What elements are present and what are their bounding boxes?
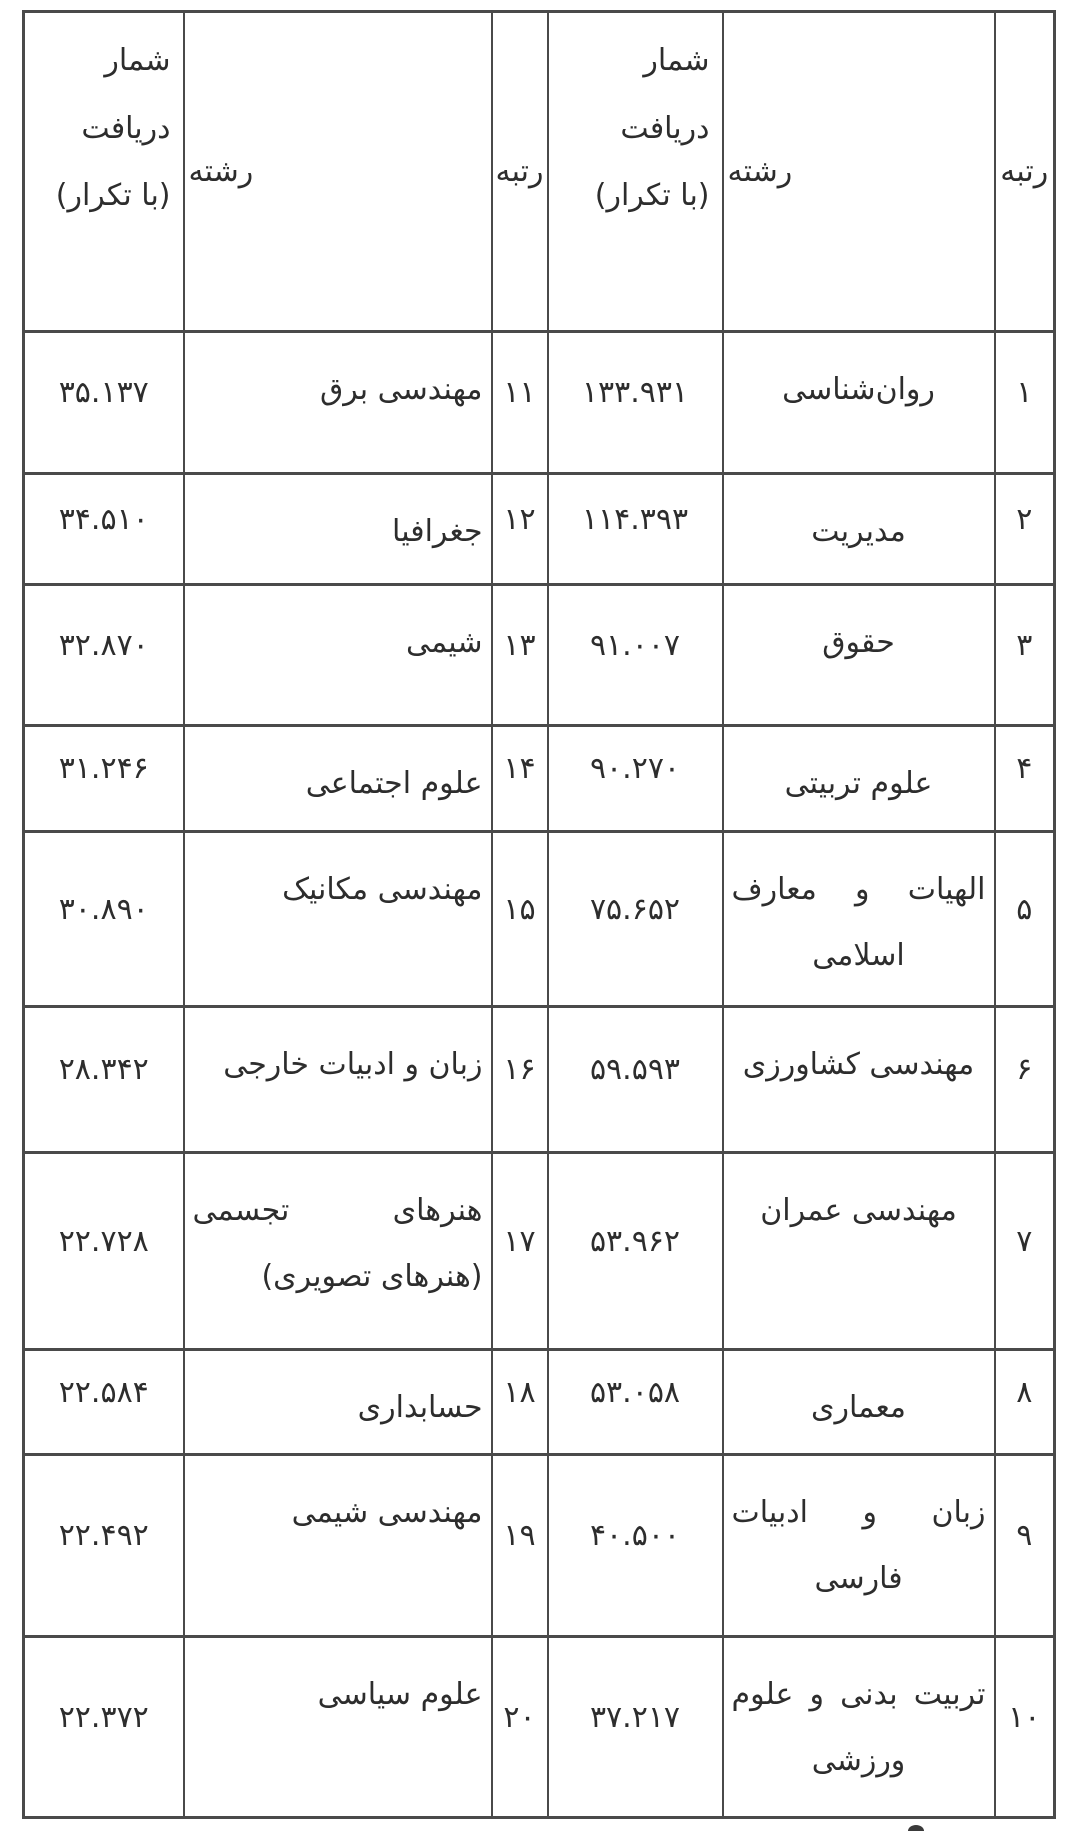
rank-cell: ۵ [995,832,1055,1007]
count-cell: ۹۰.۲۷۰ [548,726,723,832]
rank-cell: ۱۲ [492,474,548,585]
rank-cell: ۹ [995,1455,1055,1637]
field-cell: مدیریت [723,474,995,585]
rank-cell: ۱۴ [492,726,548,832]
rank-cell: ۴ [995,726,1055,832]
rankings-table: رتبه رشته شمار دریافت (با تکرار) رتبه رش… [22,10,1056,1819]
field-cell: حسابداری [184,1350,492,1455]
header-count-left: شمار دریافت (با تکرار) [24,12,184,332]
table-row: ۷مهندسی عمران۵۳.۹۶۲۱۷هنرهای تجسمی (هنرها… [24,1153,1055,1350]
header-count-right-line3: (با تکرار) [553,162,710,230]
field-cell: معماری [723,1350,995,1455]
table-body: ۱روان‌شناسی۱۳۳.۹۳۱۱۱مهندسی برق۳۵.۱۳۷۲مدی… [24,332,1055,1818]
field-cell: هنرهای تجسمی (هنرهای تصویری) [184,1153,492,1350]
count-cell: ۲۲.۷۲۸ [24,1153,184,1350]
count-cell: ۹۱.۰۰۷ [548,585,723,726]
table-row: ۹زبان و ادبیات فارسی۴۰.۵۰۰۱۹مهندسی شیمی۲… [24,1455,1055,1637]
page: رتبه رشته شمار دریافت (با تکرار) رتبه رش… [0,0,1080,1831]
header-count-left-line1: شمار [29,27,171,95]
count-cell: ۷۵.۶۵۲ [548,832,723,1007]
field-cell: الهیات و معارف اسلامی [723,832,995,1007]
field-cell: زبان و ادبیات خارجی [184,1007,492,1153]
table-row: ۴علوم تربیتی۹۰.۲۷۰۱۴علوم اجتماعی۳۱.۲۴۶ [24,726,1055,832]
count-cell: ۳۲.۸۷۰ [24,585,184,726]
field-cell: شیمی [184,585,492,726]
table-row: ۱۰تربیت بدنی و علوم ورزشی۳۷.۲۱۷۲۰علوم سی… [24,1637,1055,1818]
header-field-left: رشته [184,12,492,332]
header-count-left-line2: دریافت [29,95,171,163]
count-cell: ۴۰.۵۰۰ [548,1455,723,1637]
count-cell: ۵۳.۹۶۲ [548,1153,723,1350]
field-cell: مهندسی برق [184,332,492,474]
rank-cell: ۱۶ [492,1007,548,1153]
table-row: ۵الهیات و معارف اسلامی۷۵.۶۵۲۱۵مهندسی مکا… [24,832,1055,1007]
header-count-right-line1: شمار [553,27,710,95]
table-row: ۳حقوق۹۱.۰۰۷۱۳شیمی۳۲.۸۷۰ [24,585,1055,726]
count-cell: ۲۲.۳۷۲ [24,1637,184,1818]
field-cell: علوم سیاسی [184,1637,492,1818]
rank-cell: ۸ [995,1350,1055,1455]
count-cell: ۲۸.۳۴۲ [24,1007,184,1153]
rank-cell: ۱۸ [492,1350,548,1455]
field-cell: زبان و ادبیات فارسی [723,1455,995,1637]
field-cell: مهندسی عمران [723,1153,995,1350]
rank-cell: ۱۱ [492,332,548,474]
rank-cell: ۱۰ [995,1637,1055,1818]
field-cell: علوم اجتماعی [184,726,492,832]
header-count-left-line3: (با تکرار) [29,162,171,230]
rank-cell: ۷ [995,1153,1055,1350]
field-cell: مهندسی مکانیک [184,832,492,1007]
rank-cell: ۳ [995,585,1055,726]
header-row: رتبه رشته شمار دریافت (با تکرار) رتبه رش… [24,12,1055,332]
field-cell: جغرافیا [184,474,492,585]
field-cell: حقوق [723,585,995,726]
table-header: رتبه رشته شمار دریافت (با تکرار) رتبه رش… [24,12,1055,332]
field-cell: مهندسی کشاورزی [723,1007,995,1153]
cutoff-text-fragment [908,1825,924,1831]
count-cell: ۳۵.۱۳۷ [24,332,184,474]
rank-cell: ۲ [995,474,1055,585]
count-cell: ۲۲.۵۸۴ [24,1350,184,1455]
table-row: ۲مدیریت۱۱۴.۳۹۳۱۲جغرافیا۳۴.۵۱۰ [24,474,1055,585]
header-field-left-label: رشته [189,154,487,189]
rank-cell: ۱۵ [492,832,548,1007]
header-count-right: شمار دریافت (با تکرار) [548,12,723,332]
count-cell: ۳۷.۲۱۷ [548,1637,723,1818]
count-cell: ۳۴.۵۱۰ [24,474,184,585]
field-cell: علوم تربیتی [723,726,995,832]
header-rank-right: رتبه [995,12,1055,332]
table-row: ۶مهندسی کشاورزی۵۹.۵۹۳۱۶زبان و ادبیات خار… [24,1007,1055,1153]
table-row: ۸معماری۵۳.۰۵۸۱۸حسابداری۲۲.۵۸۴ [24,1350,1055,1455]
field-cell: تربیت بدنی و علوم ورزشی [723,1637,995,1818]
header-count-right-line2: دریافت [553,95,710,163]
rank-cell: ۶ [995,1007,1055,1153]
rank-cell: ۱۷ [492,1153,548,1350]
count-cell: ۱۱۴.۳۹۳ [548,474,723,585]
header-rank-left: رتبه [492,12,548,332]
rank-cell: ۲۰ [492,1637,548,1818]
rank-cell: ۱ [995,332,1055,474]
count-cell: ۲۲.۴۹۲ [24,1455,184,1637]
rank-cell: ۱۹ [492,1455,548,1637]
field-cell: روان‌شناسی [723,332,995,474]
count-cell: ۱۳۳.۹۳۱ [548,332,723,474]
header-field-right: رشته [723,12,995,332]
rank-cell: ۱۳ [492,585,548,726]
count-cell: ۵۳.۰۵۸ [548,1350,723,1455]
header-field-right-label: رشته [728,154,990,189]
field-cell: مهندسی شیمی [184,1455,492,1637]
table-row: ۱روان‌شناسی۱۳۳.۹۳۱۱۱مهندسی برق۳۵.۱۳۷ [24,332,1055,474]
count-cell: ۳۱.۲۴۶ [24,726,184,832]
count-cell: ۳۰.۸۹۰ [24,832,184,1007]
count-cell: ۵۹.۵۹۳ [548,1007,723,1153]
